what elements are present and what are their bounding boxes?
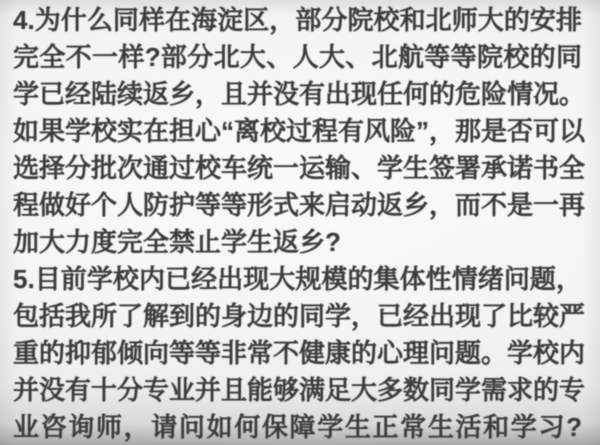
text-line: 4.为什么同样在海淀区，部分院校和北师大的安排	[13, 2, 582, 39]
question-text-block: 4.为什么同样在海淀区，部分院校和北师大的安排 完全不一样?部分北大、人大、北航…	[0, 0, 600, 445]
text-line: 程做好个人防护等等形式来启动返乡，而不是一再	[13, 187, 582, 224]
text-line: 重的抑郁倾向等等非常不健康的心理问题。学校内	[13, 335, 582, 372]
text-line: 并没有十分专业并且能够满足大多数同学需求的专	[13, 372, 582, 409]
text-line: 选择分批次通过校车统一运输、学生签署承诺书全	[13, 150, 582, 187]
text-line: 学已经陆续返乡，且并没有出现任何的危险情况。	[13, 76, 582, 113]
text-line: 包括我所了解到的身边的同学，已经出现了比较严	[13, 298, 582, 335]
text-line: 如果学校实在担心“离校过程有风险”，那是否可以	[13, 113, 582, 150]
text-line: 加大力度完全禁止学生返乡?	[13, 224, 582, 261]
text-line: 业咨询师，请问如何保障学生正常生活和学习?	[13, 409, 582, 445]
text-line: 5.目前学校内已经出现大规模的集体性情绪问题，	[13, 261, 582, 298]
document-photo: 4.为什么同样在海淀区，部分院校和北师大的安排 完全不一样?部分北大、人大、北航…	[0, 0, 600, 445]
text-line: 完全不一样?部分北大、人大、北航等等院校的同	[13, 39, 582, 76]
